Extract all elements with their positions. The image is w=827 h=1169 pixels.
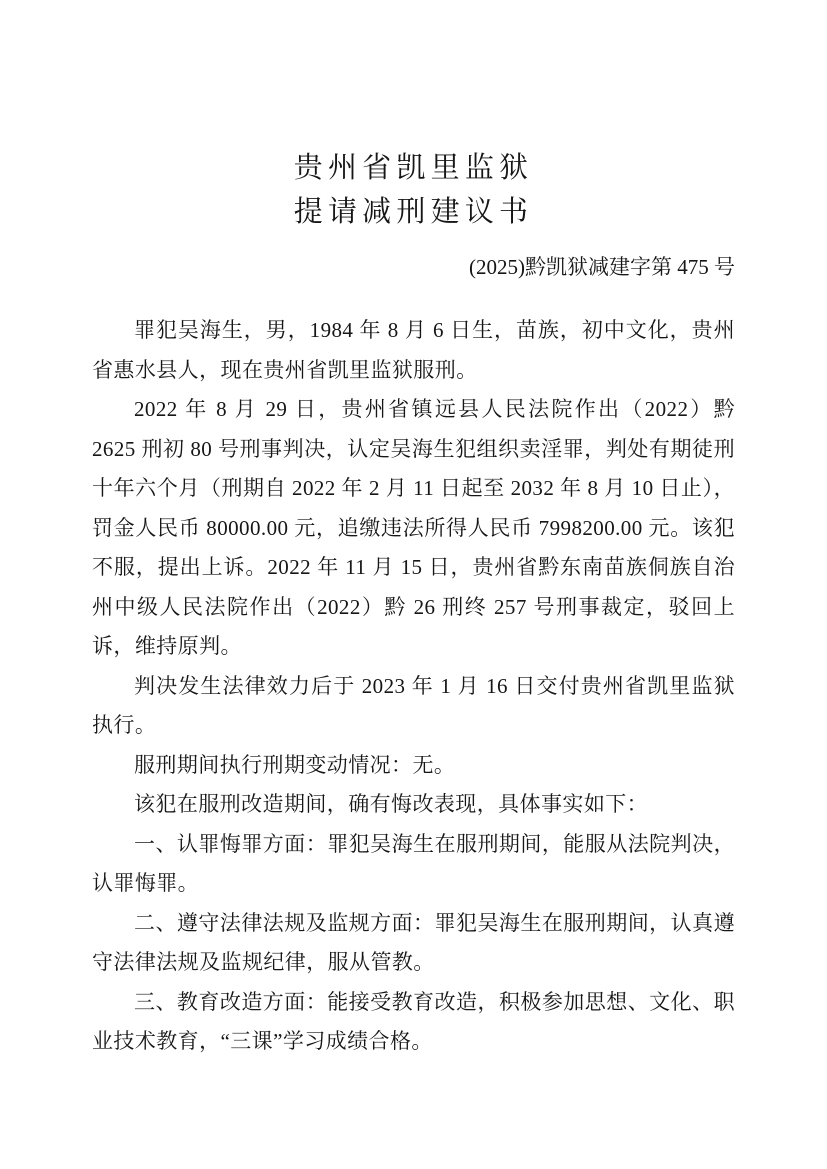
document-number: (2025)黔凯狱减建字第 475 号 [92, 252, 735, 282]
paragraph: 2022 年 8 月 29 日，贵州省镇远县人民法院作出（2022）黔 2625… [92, 390, 735, 667]
paragraph: 该犯在服刑改造期间，确有悔改表现，具体事实如下： [92, 785, 735, 825]
paragraph: 判决发生法律效力后于 2023 年 1 月 16 日交付贵州省凯里监狱执行。 [92, 667, 735, 746]
document-title-line1: 贵州省凯里监狱 [92, 146, 735, 190]
paragraph: 一、认罪悔罪方面：罪犯吴海生在服刑期间，能服从法院判决，认罪悔罪。 [92, 825, 735, 904]
document-page: 贵州省凯里监狱 提请减刑建议书 (2025)黔凯狱减建字第 475 号 罪犯吴海… [0, 0, 827, 1169]
paragraph: 罪犯吴海生，男，1984 年 8 月 6 日生，苗族，初中文化，贵州省惠水县人，… [92, 311, 735, 390]
document-content: 贵州省凯里监狱 提请减刑建议书 (2025)黔凯狱减建字第 475 号 罪犯吴海… [92, 146, 735, 1062]
paragraph: 三、教育改造方面：能接受教育改造，积极参加思想、文化、职业技术教育，“三课”学习… [92, 983, 735, 1062]
document-title-line2: 提请减刑建议书 [92, 190, 735, 234]
paragraph: 二、遵守法律法规及监规方面：罪犯吴海生在服刑期间，认真遵守法律法规及监规纪律，服… [92, 904, 735, 983]
paragraph: 服刑期间执行刑期变动情况：无。 [92, 746, 735, 786]
document-body: 罪犯吴海生，男，1984 年 8 月 6 日生，苗族，初中文化，贵州省惠水县人，… [92, 311, 735, 1062]
